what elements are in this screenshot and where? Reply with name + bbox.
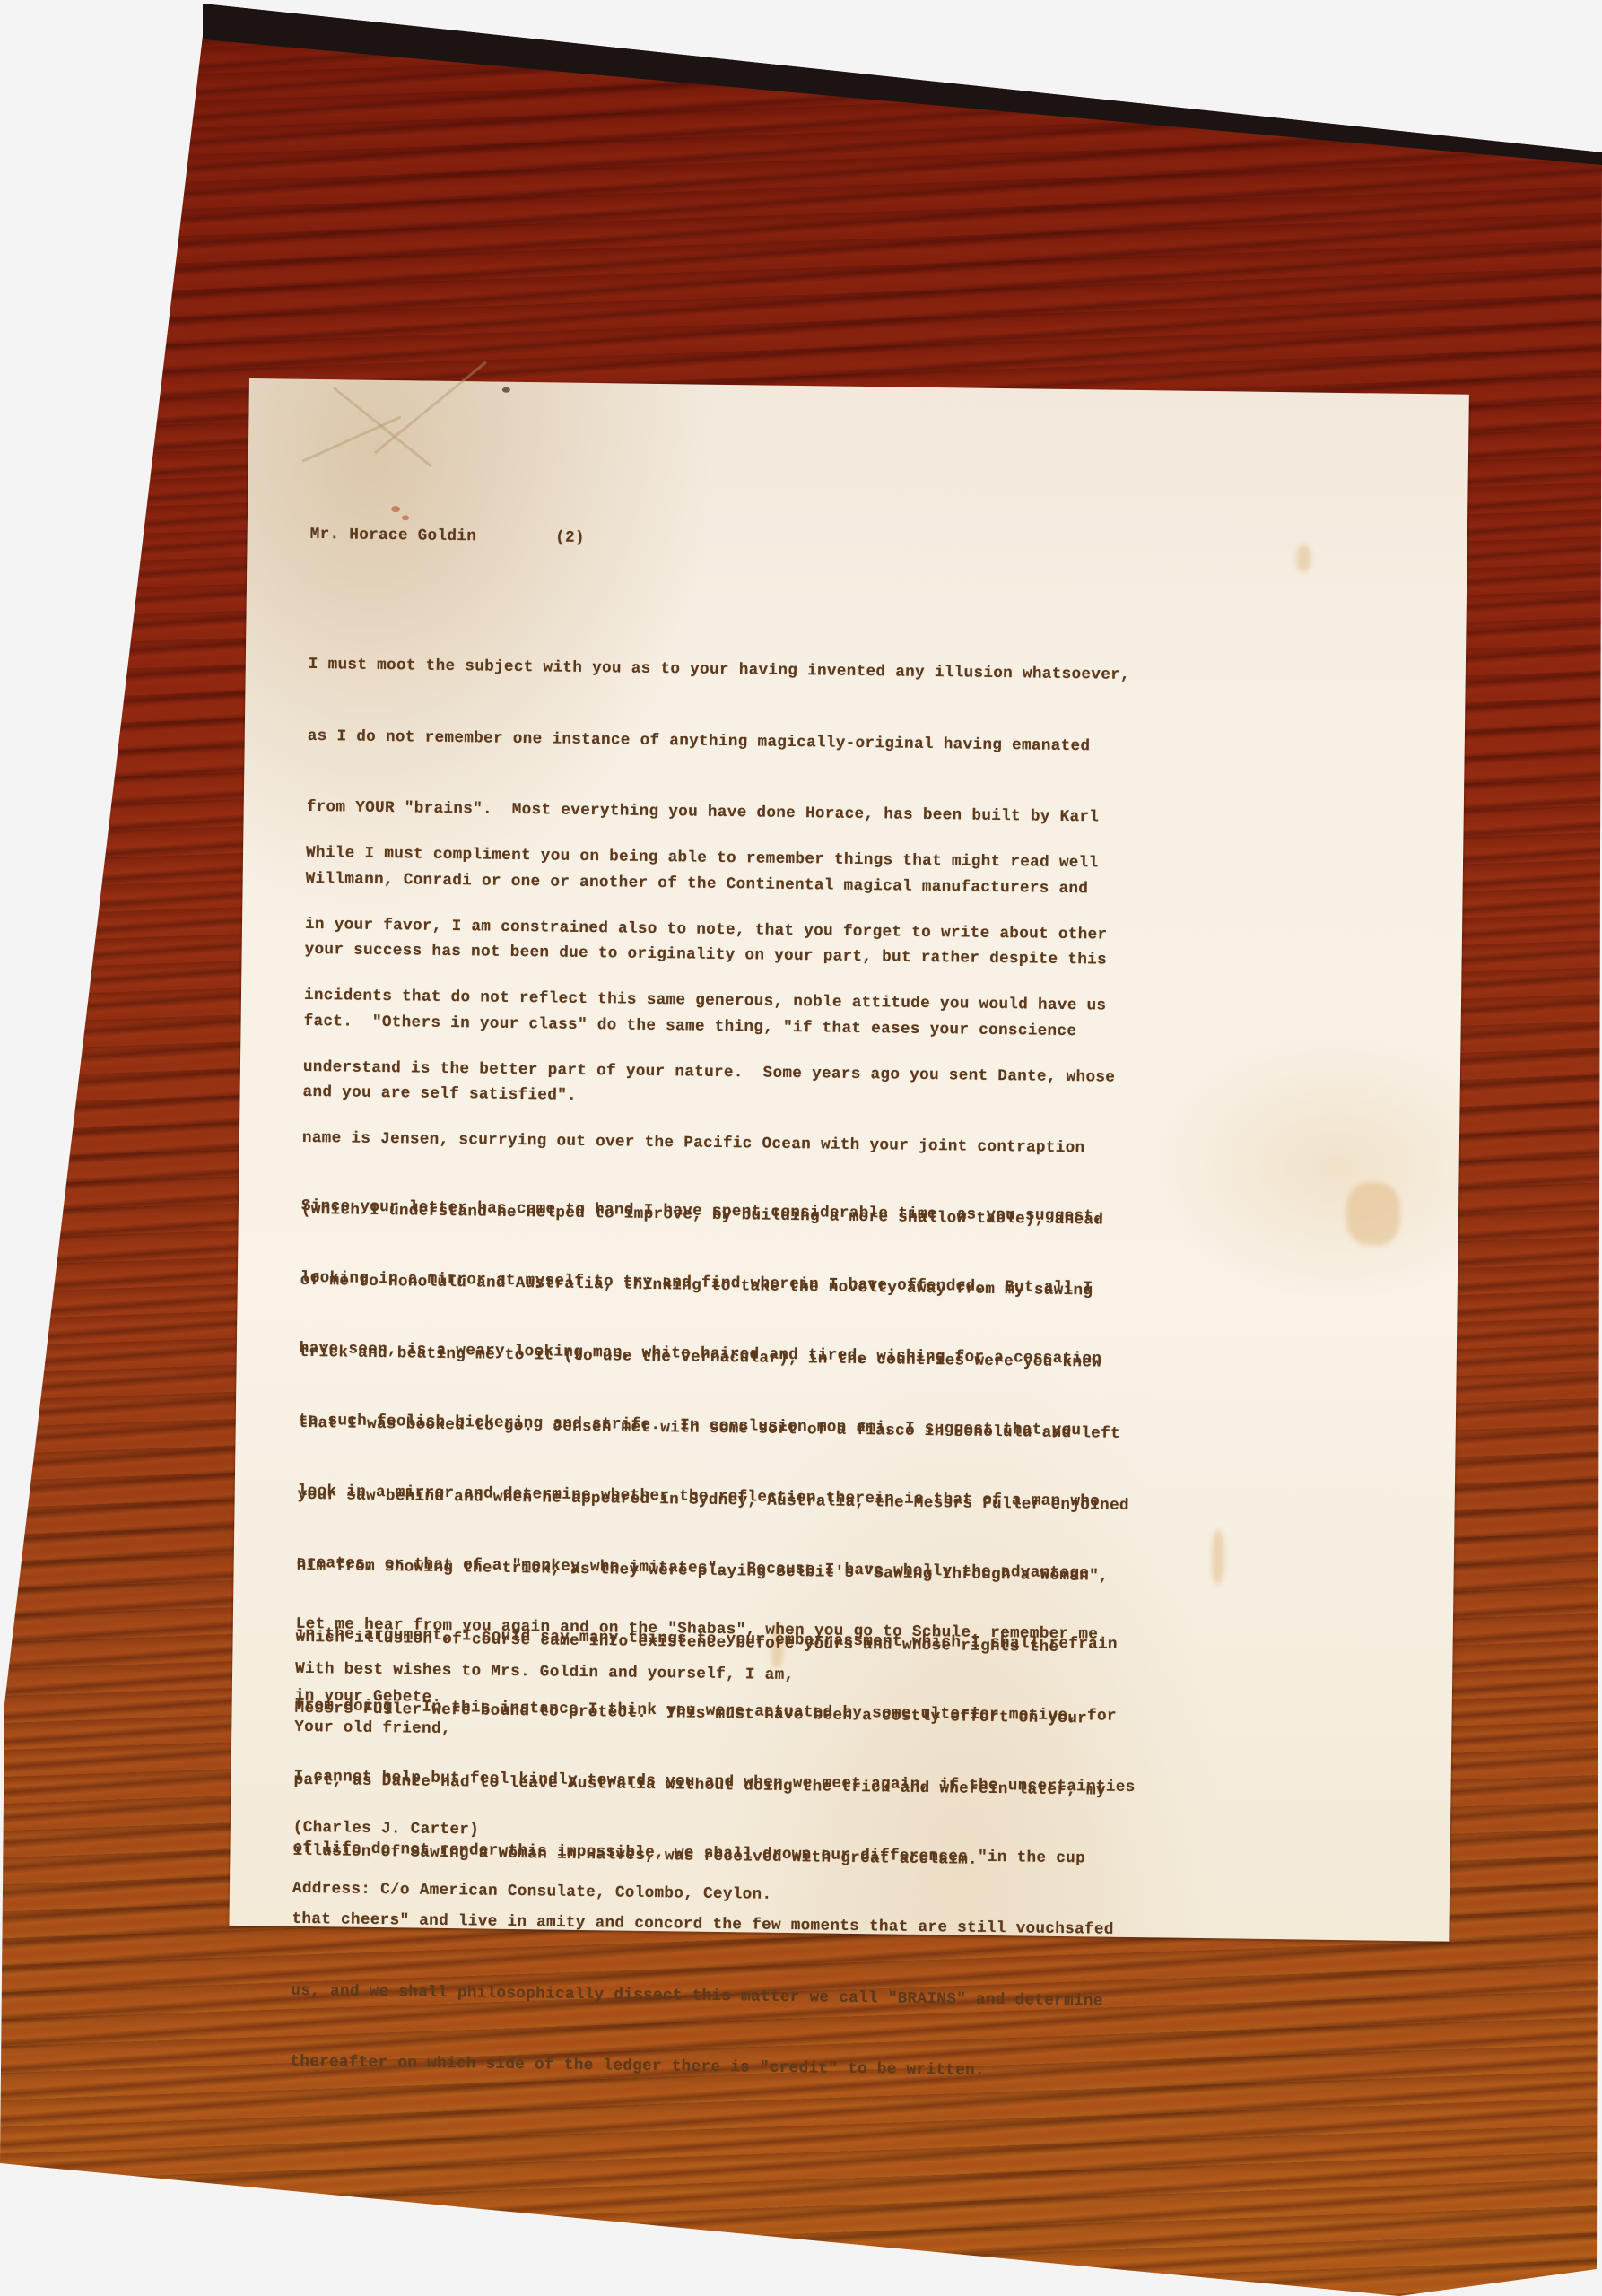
valediction: Your old friend, <box>294 1716 451 1742</box>
text-line: have seen, is a weary looking man, white… <box>300 1337 1141 1372</box>
text-line: understand is the better part of your na… <box>303 1055 1135 1090</box>
text-line: While I must compliment you on being abl… <box>306 841 1137 876</box>
foxing-spot <box>1345 1182 1400 1246</box>
foxing-spot <box>1296 544 1310 571</box>
rust-stain <box>502 387 510 393</box>
text-line: Since your letter has come to hand I hav… <box>301 1195 1143 1230</box>
paper-crease <box>302 415 402 462</box>
page-number: (2) <box>555 528 585 546</box>
recipient-name: Mr. Horace Goldin <box>310 526 477 545</box>
text-line: incidents that do not reflect this same … <box>304 984 1136 1019</box>
text-line: I cannot help but feel kindly towards yo… <box>293 1765 1135 1800</box>
text-line: in your Gebete. <box>295 1683 1098 1718</box>
signature: (Charles J. Carter) <box>293 1816 480 1842</box>
rust-stain <box>402 515 409 520</box>
text-line: as I do not remember one instance of any… <box>308 724 1130 758</box>
text-line: looking in a mirror at myself to try and… <box>300 1265 1142 1300</box>
letter-page: Mr. Horace Goldin(2) I must moot the sub… <box>229 378 1468 1942</box>
text-line: Let me hear from you again and on the "S… <box>296 1613 1099 1647</box>
text-line: to such foolish bickering and strife. In… <box>299 1408 1140 1443</box>
text-line: in your favor, I am constrained also to … <box>305 912 1136 947</box>
text-line: look in a mirror and determine whether t… <box>298 1480 1139 1515</box>
foxing-spot <box>1211 1530 1224 1584</box>
rust-stain <box>391 506 400 512</box>
letter-header: Mr. Horace Goldin(2) <box>310 523 585 551</box>
text-line: thereafter on which side of the ledger t… <box>290 2050 1131 2085</box>
text-line: that cheers" and live in amity and conco… <box>292 1908 1133 1943</box>
text-line: us, and we shall philosophically dissect… <box>291 1979 1132 2013</box>
paper-crease <box>333 387 432 467</box>
text-line: I must moot the subject with you as to y… <box>309 653 1131 687</box>
